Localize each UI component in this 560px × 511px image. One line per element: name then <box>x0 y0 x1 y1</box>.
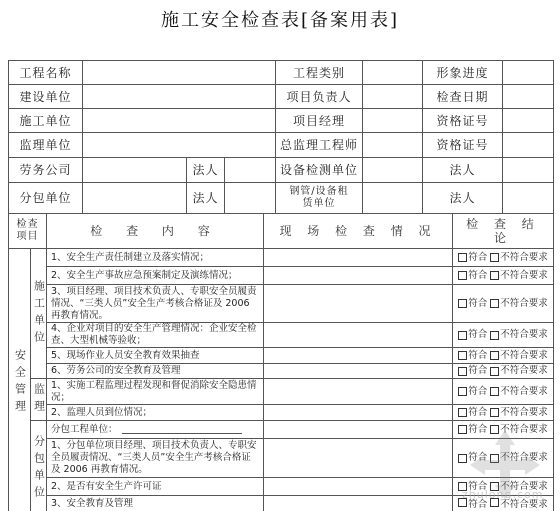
label-project-leader: 项目负责人 <box>275 84 363 109</box>
conclusion-checkbox-group[interactable]: 符合 不符合要求 <box>452 378 554 405</box>
subcontract-unit-field[interactable] <box>82 182 187 214</box>
project-manager-field[interactable] <box>362 108 423 133</box>
client-unit-field[interactable] <box>82 84 276 109</box>
label-subcontract-unit: 分包单位 <box>8 182 83 214</box>
checkbox-pass[interactable] <box>458 408 467 417</box>
label-legal-rep-1: 法人 <box>186 157 225 183</box>
onsite-field[interactable] <box>263 363 453 379</box>
group-supervision: 监理 <box>30 378 47 421</box>
check-item-content: 2、监理人员到位情况； <box>46 404 264 421</box>
project-leader-field[interactable] <box>362 84 423 109</box>
checkbox-pass[interactable] <box>458 367 467 376</box>
page-title: 施工安全检查表[备案用表] <box>0 6 560 32</box>
subcontract-unit-input[interactable] <box>122 425 242 434</box>
check-item-content: 6、劳务公司的安全教育及管理 <box>46 363 264 379</box>
certificate-no-1-field[interactable] <box>502 108 554 133</box>
checkbox-pass[interactable] <box>458 299 467 308</box>
labor-company-field[interactable] <box>82 157 187 183</box>
checkbox-pass[interactable] <box>458 271 467 280</box>
checkbox-pass[interactable] <box>458 454 467 463</box>
category-safety-management: 安全管理 <box>8 248 31 511</box>
check-item-content: 5、现场作业人员安全教育效果抽查 <box>46 347 264 364</box>
pass-label: 符合 <box>468 364 487 378</box>
label-inspection-date: 检查日期 <box>422 84 503 109</box>
checkbox-fail[interactable] <box>490 253 499 262</box>
onsite-field[interactable] <box>263 420 453 439</box>
subcontract-unit-name-row: 分包工程单位： <box>46 420 264 439</box>
onsite-field[interactable] <box>263 284 453 323</box>
subcontract-unit-label: 分包工程单位： <box>51 424 118 436</box>
checkbox-fail[interactable] <box>490 367 499 376</box>
fail-label: 不符合要求 <box>500 406 548 420</box>
label-project-type: 工程类别 <box>275 60 363 85</box>
onsite-field[interactable] <box>263 322 453 348</box>
conclusion-checkbox-group[interactable]: 符合 不符合要求 <box>452 322 554 348</box>
label-progress: 形象进度 <box>422 60 503 85</box>
fail-label: 不符合要求 <box>500 328 548 342</box>
legal-rep-4-field[interactable] <box>502 182 554 214</box>
header-check-item: 检查项目 <box>8 213 47 249</box>
check-item-content: 3、安全教育及管理 <box>46 495 264 511</box>
label-client-unit: 建设单位 <box>8 84 83 109</box>
onsite-field[interactable] <box>263 438 453 478</box>
checkbox-pass[interactable] <box>458 425 467 434</box>
onsite-field[interactable] <box>263 477 453 496</box>
certificate-no-2-field[interactable] <box>502 132 554 158</box>
inspection-date-field[interactable] <box>502 84 554 109</box>
pass-label: 符合 <box>468 297 487 311</box>
construction-unit-field[interactable] <box>82 108 276 133</box>
label-labor-company: 劳务公司 <box>8 157 83 183</box>
check-item-content: 4、企业对项目的安全生产管理情况：企业安全检查、大型机械等验收； <box>46 322 264 348</box>
label-certificate-no-1: 资格证号 <box>422 108 503 133</box>
label-chief-supervisor: 总监理工程师 <box>275 132 363 158</box>
legal-rep-2-field[interactable] <box>224 182 276 214</box>
conclusion-checkbox-group[interactable]: 符合 不符合要求 <box>452 248 554 267</box>
checkbox-fail[interactable] <box>490 351 499 360</box>
fail-label: 不符合要求 <box>500 385 548 399</box>
pass-label: 符合 <box>468 349 487 363</box>
legal-rep-1-field[interactable] <box>224 157 276 183</box>
equipment-test-unit-field[interactable] <box>362 157 423 183</box>
onsite-field[interactable] <box>263 495 453 511</box>
pass-label: 符合 <box>468 385 487 399</box>
supervision-unit-field[interactable] <box>82 132 276 158</box>
fail-label: 不符合要求 <box>500 349 548 363</box>
pass-label: 符合 <box>468 406 487 420</box>
fail-label: 不符合要求 <box>500 364 548 378</box>
label-project-name: 工程名称 <box>8 60 83 85</box>
label-equipment-test-unit: 设备检测单位 <box>275 157 363 183</box>
label-project-manager: 项目经理 <box>275 108 363 133</box>
onsite-field[interactable] <box>263 266 453 285</box>
check-item-content: 1、分包单位项目经理、项目技术负责人、专职安全员履责情况、“三类人员”安全生产考… <box>46 438 264 478</box>
label-legal-rep-3: 法人 <box>422 157 503 183</box>
header-conclusion: 检 查 结 论 <box>452 213 554 249</box>
legal-rep-3-field[interactable] <box>502 157 554 183</box>
chief-supervisor-field[interactable] <box>362 132 423 158</box>
checkbox-pass[interactable] <box>458 351 467 360</box>
checkbox-fail[interactable] <box>490 331 499 340</box>
check-item-content: 3、项目经理、项目技术负责人、专职安全员履责情况、“三类人员”安全生产考核合格证… <box>46 284 264 323</box>
conclusion-checkbox-group[interactable]: 符合 不符合要求 <box>452 266 554 285</box>
onsite-field[interactable] <box>263 248 453 267</box>
checkbox-pass[interactable] <box>458 253 467 262</box>
fail-label: 不符合要求 <box>500 297 548 311</box>
pass-label: 符合 <box>468 328 487 342</box>
rental-unit-field[interactable] <box>362 182 423 214</box>
conclusion-checkbox-group[interactable]: 符合 不符合要求 <box>452 363 554 379</box>
group-subcontract-unit: 分包单位 <box>30 420 47 511</box>
checkbox-fail[interactable] <box>490 408 499 417</box>
project-type-field[interactable] <box>362 60 423 85</box>
check-item-content: 2、是否有安全生产许可证 <box>46 477 264 496</box>
conclusion-checkbox-group[interactable]: 符合 不符合要求 <box>452 347 554 364</box>
checkbox-pass[interactable] <box>458 387 467 396</box>
label-rental-unit: 钢管/设备租赁单位 <box>275 182 363 214</box>
fail-label: 不符合要求 <box>500 251 548 265</box>
conclusion-checkbox-group[interactable]: 符合 不符合要求 <box>452 404 554 421</box>
header-onsite-situation: 现 场 检 查 情 况 <box>263 213 453 249</box>
watermark-text: zhulong.com <box>462 488 543 501</box>
checkbox-fail[interactable] <box>490 299 499 308</box>
conclusion-checkbox-group[interactable]: 符合 不符合要求 <box>452 284 554 323</box>
group-construction-unit: 施工单位 <box>30 248 47 379</box>
check-item-content: 1、实施工程监理过程发现和督促消除安全隐患情况； <box>46 378 264 405</box>
label-certificate-no-2: 资格证号 <box>422 132 503 158</box>
check-item-content: 2、安全生产事故应急预案制定及演练情况； <box>46 266 264 285</box>
check-item-content: 1、安全生产责任制建立及落实情况； <box>46 248 264 267</box>
onsite-field[interactable] <box>263 347 453 364</box>
checkbox-pass[interactable] <box>458 331 467 340</box>
label-supervision-unit: 监理单位 <box>8 132 83 158</box>
onsite-field[interactable] <box>263 404 453 421</box>
onsite-field[interactable] <box>263 378 453 405</box>
pass-label: 符合 <box>468 251 487 265</box>
checkbox-fail[interactable] <box>490 387 499 396</box>
header-check-content: 检 查 内 容 <box>46 213 264 249</box>
project-name-field[interactable] <box>82 60 276 85</box>
progress-field[interactable] <box>502 60 554 85</box>
pass-label: 符合 <box>468 269 487 283</box>
fail-label: 不符合要求 <box>500 269 548 283</box>
label-legal-rep-2: 法人 <box>186 182 225 214</box>
checkbox-fail[interactable] <box>490 271 499 280</box>
label-legal-rep-4: 法人 <box>422 182 503 214</box>
label-construction-unit: 施工单位 <box>8 108 83 133</box>
